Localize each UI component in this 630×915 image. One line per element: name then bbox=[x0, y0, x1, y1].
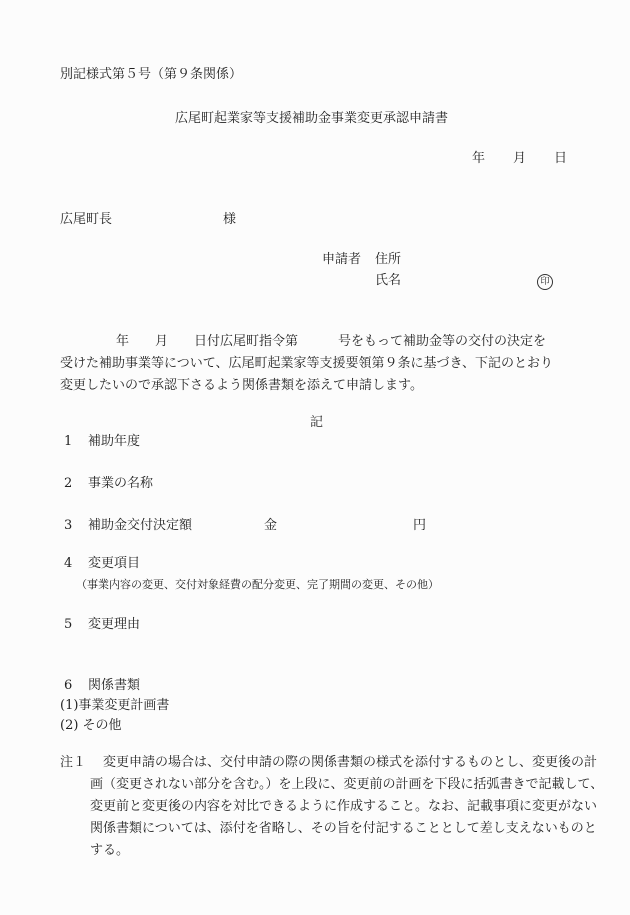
amount-unit: 円 bbox=[413, 517, 426, 534]
ki-heading: 記 bbox=[310, 414, 323, 431]
item-label: 変更項目 bbox=[88, 555, 140, 572]
date-year: 年 bbox=[472, 150, 485, 167]
item-number: 1 bbox=[64, 433, 72, 450]
document-title: 広尾町起業家等支援補助金事業変更承認申請書 bbox=[175, 110, 448, 127]
addressee-honorific: 様 bbox=[223, 211, 236, 228]
address-label: 住所 bbox=[375, 251, 401, 268]
item-number: 4 bbox=[64, 555, 72, 572]
seal-icon: 印 bbox=[537, 274, 553, 290]
note-line: 画（変更されない部分を含む。）を上段に、変更前の計画を下段に括弧書きで記載して、 bbox=[90, 774, 580, 796]
body-rest: 号をもって補助金等の交付の決定を bbox=[338, 334, 546, 349]
body-paragraph: 年月日付広尾町指令第号をもって補助金等の交付の決定を 受けた補助事業等について、… bbox=[60, 331, 580, 397]
body-line-2: 受けた補助事業等について、広尾町起業家等支援要領第９条に基づき、下記のとおり bbox=[60, 353, 580, 375]
item-sub-label: （事業内容の変更、交付対象経費の配分変更、完了期間の変更、その他） bbox=[76, 576, 439, 593]
note-line: 関係書類については、添付を省略し、その旨を付記することとして差し支えないものと bbox=[90, 818, 580, 840]
note-block: 注１ 変更申請の場合は、交付申請の際の関係書類の様式を添付するものとし、変更後の… bbox=[60, 752, 580, 862]
date-month: 月 bbox=[513, 150, 526, 167]
amount-prefix: 金 bbox=[264, 517, 277, 534]
item-number: 6 bbox=[64, 677, 72, 694]
document-item: (1)事業変更計画書 bbox=[60, 697, 169, 714]
item-label: 補助年度 bbox=[88, 433, 140, 450]
body-line-3: 変更したいので承認下さるよう関係書類を添えて申請します。 bbox=[60, 375, 580, 397]
seal-mark: 印 bbox=[537, 272, 553, 290]
item-label: 補助金交付決定額 bbox=[88, 517, 192, 534]
addressee-name: 広尾町長 bbox=[60, 211, 112, 228]
item-label: 関係書類 bbox=[88, 677, 140, 694]
body-line-1: 年月日付広尾町指令第号をもって補助金等の交付の決定を bbox=[60, 331, 580, 353]
body-month: 月 bbox=[155, 334, 168, 349]
note-line: 変更前と変更後の内容を対比できるように作成すること。なお、記載事項に変更がない bbox=[90, 796, 580, 818]
document-item: (2) その他 bbox=[60, 717, 122, 734]
item-label: 事業の名称 bbox=[88, 475, 153, 492]
form-number: 別記様式第５号（第９条関係） bbox=[60, 66, 242, 83]
item-label: 変更理由 bbox=[88, 616, 140, 633]
note-head: 注１ bbox=[60, 752, 86, 774]
body-day-ref: 日付広尾町指令第 bbox=[194, 334, 298, 349]
item-number: 3 bbox=[64, 517, 72, 534]
applicant-label: 申請者 bbox=[322, 251, 361, 268]
body-year: 年 bbox=[116, 334, 129, 349]
name-label: 氏名 bbox=[375, 272, 401, 289]
note-line: する。 bbox=[90, 840, 580, 862]
note-line: 変更申請の場合は、交付申請の際の関係書類の様式を添付するものとし、変更後の計 bbox=[103, 752, 597, 774]
item-number: 5 bbox=[64, 616, 72, 633]
date-day: 日 bbox=[554, 150, 567, 167]
item-number: 2 bbox=[64, 475, 72, 492]
